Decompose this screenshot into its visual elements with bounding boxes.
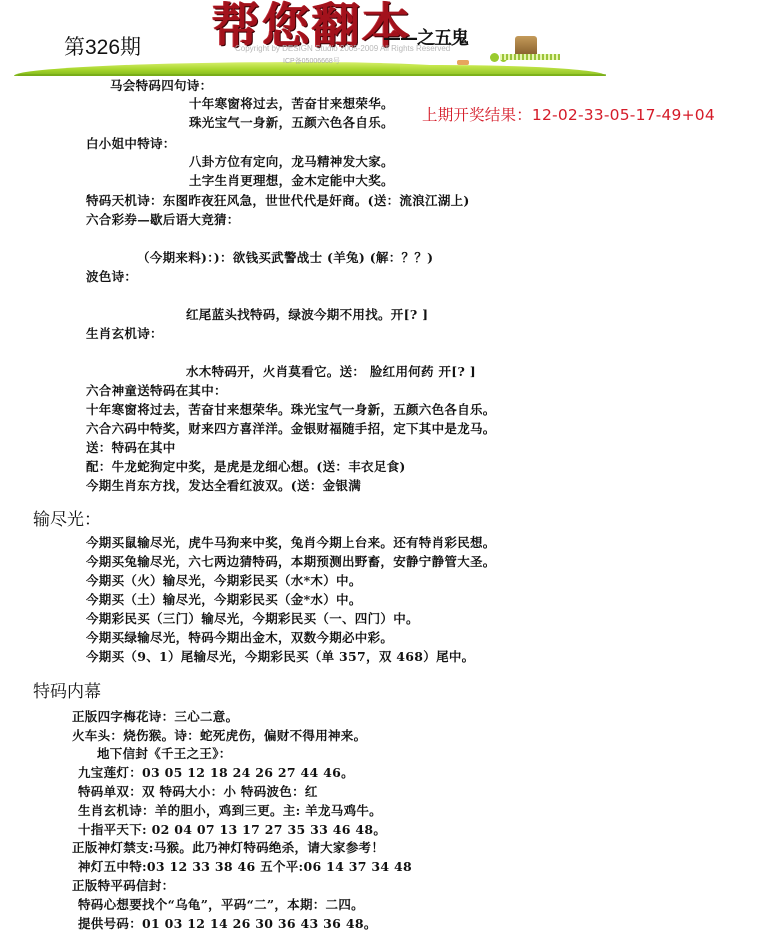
tree-icon: [490, 53, 499, 62]
header-banner: 第326期 帮您翻本 ——之五鬼 Copyright by DESIGN Stu…: [0, 0, 620, 80]
envelope-line: 十指平天下: 02 04 07 13 17 27 35 33 46 48。: [78, 821, 386, 839]
bose-poem-title: 波色诗：: [86, 268, 137, 286]
pingma-line: 特码心想要找个“乌龟”，平码“二”，本期：二四。: [78, 896, 364, 914]
riddle-title: 六合彩券—歇后语大竞猜：: [86, 211, 240, 229]
shengxiao-poem-title: 生肖玄机诗：: [86, 325, 163, 343]
tianji-poem: 特码天机诗：东图昨夜狂风急，世世代代是奸商。(送：流浪江湖上): [86, 192, 470, 210]
mahui-poem-line: 十年寒窗将过去，苦奋甘来想荣华。: [189, 95, 394, 113]
envelope-title: 地下信封《千王之王》：: [97, 745, 232, 763]
bai-poem-title: 白小姐中特诗：: [86, 135, 176, 153]
shujinguang-heading: 输尽光：: [33, 505, 101, 530]
shujinguang-line: 今期买（土）输尽光，今期彩民买（金*水）中。: [86, 591, 362, 609]
issue-number: 第326期: [64, 31, 141, 61]
neimu-heading: 特码内幕: [33, 677, 101, 702]
neimu-line: 正版四字梅花诗：三心二意。: [72, 708, 238, 726]
last-draw-result: 上期开奖结果：12-02-33-05-17-49+04: [422, 103, 715, 125]
last-draw-numbers: 12-02-33-05-17-49+04: [532, 106, 715, 124]
shendeng-title: 正版神灯禁支:马猴。此乃神灯特码绝杀，请大家参考！: [72, 839, 384, 857]
shujinguang-line: 今期买绿输尽光，特码今期出金木，双数今期必中彩。: [86, 629, 393, 647]
bai-poem-line: 土字生肖更理想，金木定能中大奖。: [189, 172, 394, 190]
bai-poem-line: 八卦方位有定向，龙马精神发大家。: [189, 153, 394, 171]
shujinguang-line: 今期买（火）输尽光，今期彩民买（水*木）中。: [86, 572, 362, 590]
shujinguang-line: 今期买兔输尽光，六七两边猜特码，本期预测出野畜，安静宁静管大圣。: [86, 553, 496, 571]
shujinguang-line: 今期买鼠输尽光，虎牛马狗来中奖，兔肖今期上台来。还有特肖彩民想。: [86, 534, 496, 552]
shengxiao-poem-line: 水木特码开，火肖莫看它。送： 脸红用何药 开[? ]: [186, 363, 476, 381]
icp-text: ICP备05006668号: [283, 56, 340, 66]
fence-icon: [500, 54, 560, 60]
copyright-text: Copyright by DESIGN Studio 2005-2009 All…: [235, 44, 450, 53]
neimu-line: 火车头：烧伤猴。诗：蛇死虎伤，偏财不得用神来。: [72, 727, 366, 745]
shentong-title: 六合神童送特码在其中：: [86, 382, 227, 400]
bench-icon: [457, 60, 469, 65]
shentong-line: 送：特码在其中: [86, 439, 176, 457]
pingma-title: 正版特平码信封：: [72, 877, 174, 895]
mahui-poem-line: 珠光宝气一身新，五颜六色各自乐。: [189, 114, 394, 132]
shendeng-line: 神灯五中特:03 12 33 38 46 五个平:06 14 37 34 48: [78, 858, 412, 876]
riddle-line: （今期来料)：)：欲钱买武警战士 (羊兔) (解：？？): [137, 249, 433, 267]
shentong-line: 配：牛龙蛇狗定中奖，是虎是龙细心想。(送：丰衣足食): [86, 458, 406, 476]
shentong-line: 六合六码中特奖，财来四方喜洋洋。金银财福随手招，定下其中是龙马。: [86, 420, 496, 438]
shentong-line: 十年寒窗将过去，苦奋甘来想荣华。珠光宝气一身新，五颜六色各自乐。: [86, 401, 496, 419]
shujinguang-line: 今期彩民买（三门）输尽光，今期彩民买（一、四门）中。: [86, 610, 419, 628]
envelope-line: 特码单双：双 特码大小：小 特码波色：红: [78, 783, 318, 801]
envelope-line: 生肖玄机诗：羊的胆小，鸡到三更。主: 羊龙马鸡牛。: [78, 802, 382, 820]
envelope-line: 九宝莲灯：03 05 12 18 24 26 27 44 46。: [78, 764, 354, 782]
last-draw-label: 上期开奖结果：: [422, 106, 532, 124]
shujinguang-line: 今期买（9、1）尾输尽光，今期彩民买（单 357，双 468）尾中。: [86, 648, 474, 666]
bose-poem-line: 红尾蓝头找特码，绿波今期不用找。开[? ]: [186, 306, 428, 324]
house-icon: [515, 36, 537, 54]
banner-hill-shadow: [18, 74, 606, 76]
mahui-poem-title: 马会特码四句诗：: [110, 77, 212, 95]
shentong-line: 今期生肖东方找，发达全看红波双。(送：金银满: [86, 477, 361, 495]
pingma-line: 提供号码：01 03 12 14 26 30 36 43 36 48。: [78, 915, 377, 933]
